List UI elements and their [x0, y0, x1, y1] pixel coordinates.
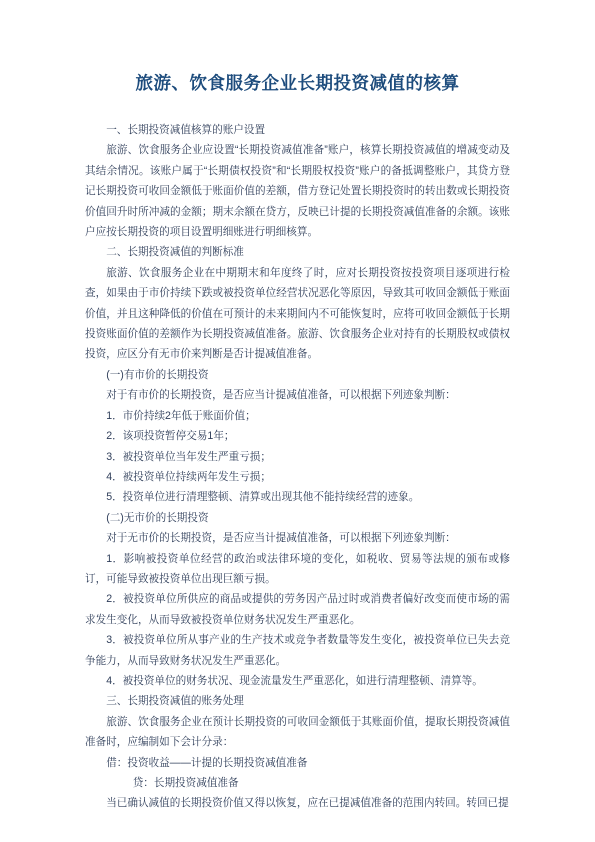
- paragraph-with-market-price-intro: 对于有市价的长期投资，是否应当计提减值准备，可以根据下列迹象判断：: [85, 385, 510, 405]
- list-item-nm-4: 4．被投资单位的财务状况、现金流量发生严重恶化，如进行清理整顿、清算等。: [85, 671, 510, 691]
- list-item-2: 2．该项投资暂停交易1年；: [85, 426, 510, 446]
- section-heading-2: 二、长期投资减值的判断标准: [85, 242, 510, 262]
- paragraph-judgment-criteria: 旅游、饮食服务企业在中期期末和年度终了时，应对长期投资按投资项目逐项进行检查，如…: [85, 263, 510, 365]
- paragraph-no-market-price-intro: 对于无市价的长期投资，是否应当计提减值准备，可以根据下列迹象判断：: [85, 528, 510, 548]
- journal-entry-credit: 贷：长期投资减值准备: [85, 773, 510, 793]
- paragraph-account-setup: 旅游、饮食服务企业应设置“长期投资减值准备”账户，核算长期投资减值的增减变动及其…: [85, 140, 510, 242]
- section-heading-1: 一、长期投资减值核算的账户设置: [85, 120, 510, 140]
- list-item-4: 4．被投资单位持续两年发生亏损；: [85, 467, 510, 487]
- subsection-heading-no-market-price: (二)无市价的长期投资: [85, 508, 510, 528]
- list-item-5: 5．投资单位进行清理整顿、清算或出现其他不能持续经营的迹象。: [85, 487, 510, 507]
- list-item-nm-3: 3．被投资单位所从事产业的生产技术或竞争者数量等发生变化，被投资单位已失去竞争能…: [85, 630, 510, 671]
- paragraph-reversal: 当已确认减值的长期投资价值又得以恢复，应在已提减值准备的范围内转回。转回已提: [85, 793, 510, 813]
- section-heading-3: 三、长期投资减值的账务处理: [85, 691, 510, 711]
- document-page: 旅游、饮食服务企业长期投资减值的核算 一、长期投资减值核算的账户设置 旅游、饮食…: [0, 0, 595, 842]
- page-title: 旅游、饮食服务企业长期投资减值的核算: [85, 70, 510, 96]
- list-item-1: 1．市价持续2年低于账面价值；: [85, 406, 510, 426]
- paragraph-accounting-treatment: 旅游、饮食服务企业在预计长期投资的可收回金额低于其账面价值，提取长期投资减值准备…: [85, 712, 510, 753]
- list-item-nm-1: 1．影响被投资单位经营的政治或法律环境的变化，如税收、贸易等法规的颁布或修订，可…: [85, 549, 510, 590]
- journal-entry-debit: 借：投资收益——计提的长期投资减值准备: [85, 753, 510, 773]
- list-item-3: 3．被投资单位当年发生严重亏损；: [85, 447, 510, 467]
- list-item-nm-2: 2．被投资单位所供应的商品或提供的劳务因产品过时或消费者偏好改变而使市场的需求发…: [85, 589, 510, 630]
- subsection-heading-with-market-price: (一)有市价的长期投资: [85, 365, 510, 385]
